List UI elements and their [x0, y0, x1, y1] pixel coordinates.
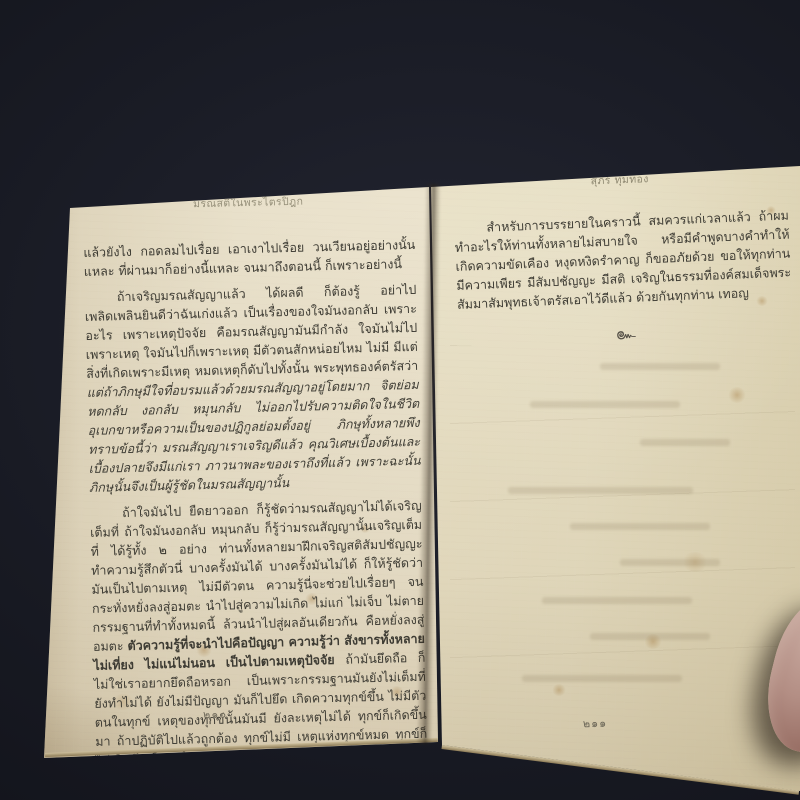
- left-running-header: มรณสติในพระไตรปิฎก: [82, 190, 414, 217]
- paragraph: สำหรับการบรรยายในคราวนี้ สมควรแก่เวลาแล้…: [454, 206, 793, 314]
- photo-backdrop: มรณสติในพระไตรปิฎก แล้วยังไง กอดลมไปเรื่…: [0, 0, 800, 800]
- text-segment: ถ้าใจมันไป ยืดยาวออก ก็รู้ชัดว่ามรณสัญญา…: [90, 498, 425, 654]
- foxing-spot: [682, 552, 708, 572]
- foxing-spot: [644, 634, 662, 649]
- foxing-spot: [728, 387, 746, 403]
- bleed-line: [590, 633, 710, 640]
- bleed-line: [640, 439, 730, 446]
- paragraph: ถ้าใจมันไป ยืดยาวออก ก็รู้ชัดว่ามรณสัญญา…: [89, 496, 427, 770]
- bleed-line: [542, 597, 692, 604]
- bleed-through-text: [450, 345, 795, 715]
- left-page-text: มรณสติในพระไตรปิฎก แล้วยังไง กอดลมไปเรื่…: [82, 190, 428, 777]
- text-segment: ถ้าเจริญมรณสัญญาแล้ว ได้ผลดี ก็ต้องรู้ อ…: [85, 282, 419, 381]
- bleed-line: [530, 401, 680, 408]
- bleed-line: [620, 559, 720, 566]
- right-running-header: สุภีร์ ทุมทอง: [452, 165, 787, 197]
- bleed-line: [600, 363, 720, 370]
- text-segment: แต่ถ้าภิกษุมีใจที่อบรมแล้วด้วยมรณสัญญาอย…: [87, 377, 421, 495]
- foxing-spot: [552, 684, 566, 696]
- right-page-text: สุภีร์ ทุมทอง สำหรับการบรรยายในคราวนี้ ส…: [452, 165, 794, 351]
- bleed-line: [522, 675, 682, 682]
- paragraph: แล้วยังไง กอดลมไปเรื่อย เอาเงาไปเรื่อย ว…: [83, 235, 416, 281]
- bleed-line: [508, 487, 693, 494]
- text-segment: แล้วยังไง กอดลมไปเรื่อย เอาเงาไปเรื่อย ว…: [83, 237, 415, 279]
- paragraph: ถ้าเจริญมรณสัญญาแล้ว ได้ผลดี ก็ต้องรู้ อ…: [84, 280, 421, 497]
- end-ornament: ๛: [458, 318, 793, 350]
- left-page-number: ๒๑๐: [145, 703, 285, 724]
- bleed-line: [570, 523, 710, 530]
- right-page-number: ๒๑๑: [535, 712, 656, 734]
- text-segment: สำหรับการบรรยายในคราวนี้ สมควรแก่เวลาแล้…: [454, 208, 791, 312]
